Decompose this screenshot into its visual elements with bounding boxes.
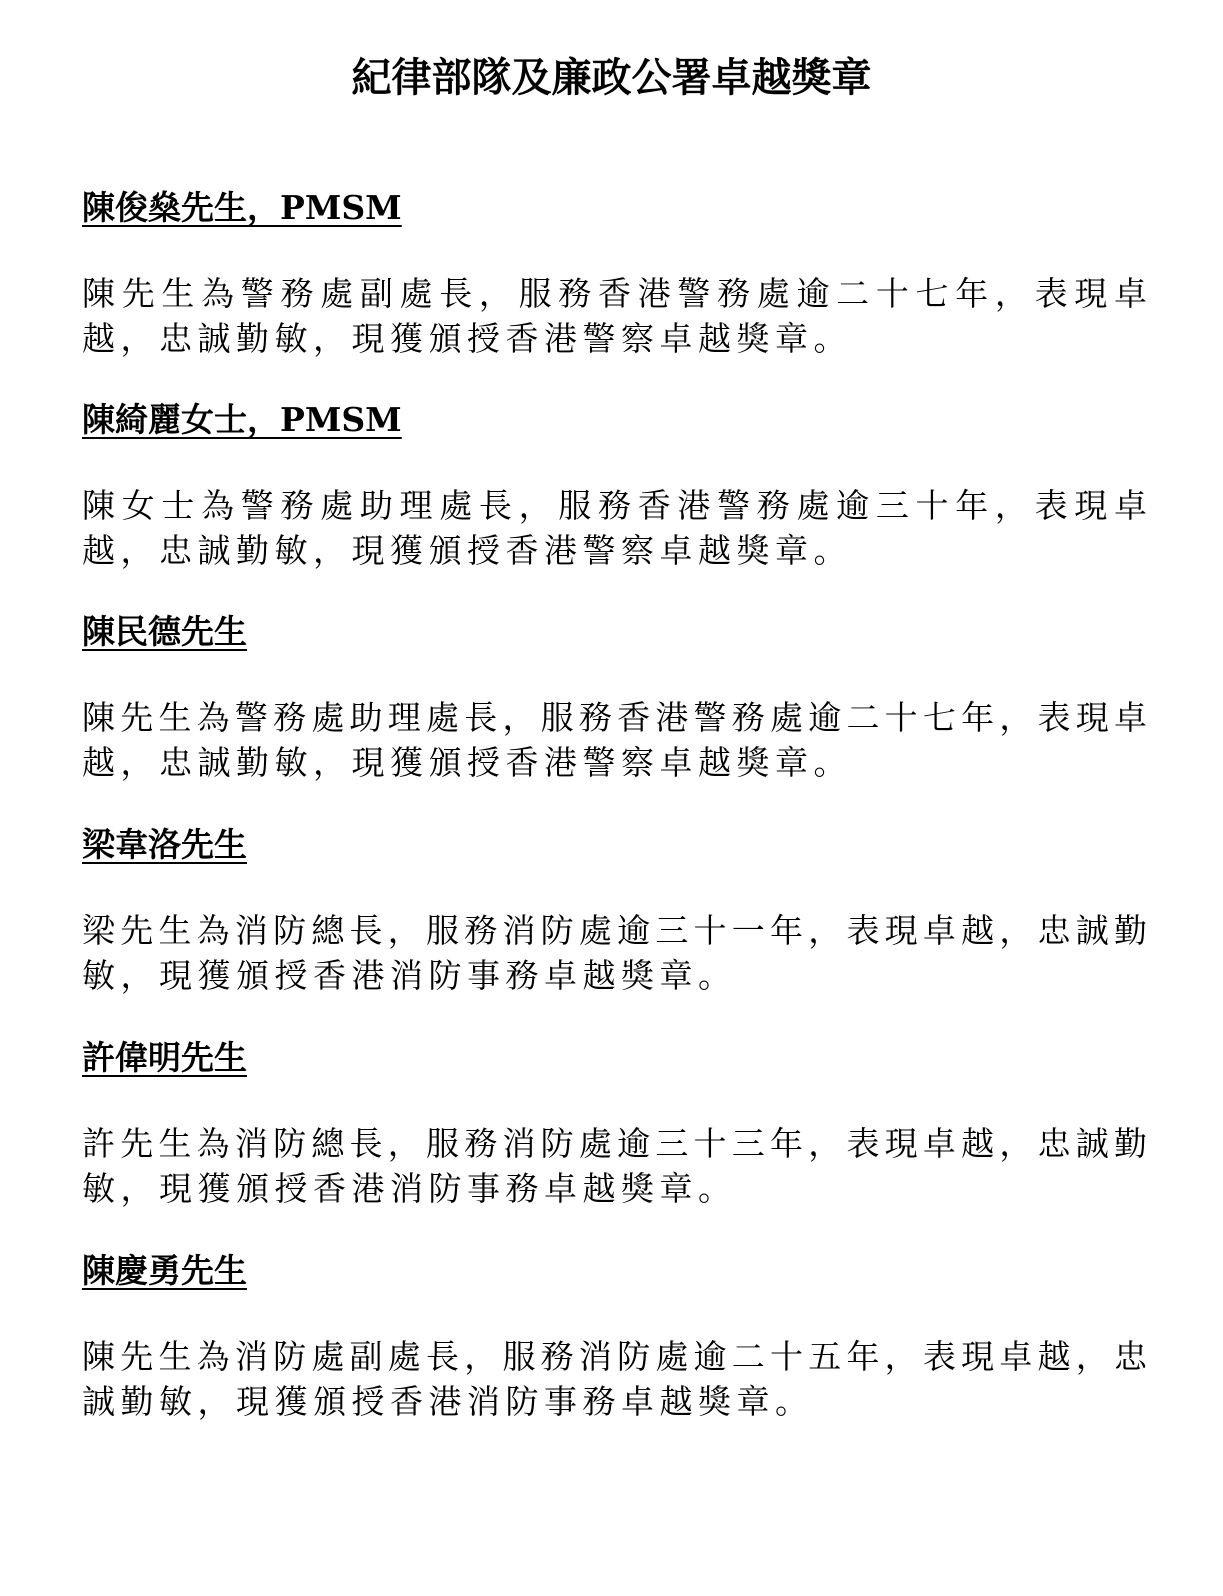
recipient-name: 許偉明先生 [82, 1038, 247, 1078]
citation-line: 越，忠誠勤敏，現獲頒授香港警察卓越獎章。 [82, 528, 1147, 573]
award-entry: 陳綺麗女士，PMSM 陳女士為警務處助理處長，服務香港警務處逾三十年，表現卓 越… [82, 400, 1147, 573]
citation-line: 陳女士為警務處助理處長，服務香港警務處逾三十年，表現卓 [82, 483, 1147, 528]
citation-line: 許先生為消防總長，服務消防處逾三十三年，表現卓越，忠誠勤 [82, 1121, 1147, 1166]
citation-line: 越，忠誠勤敏，現獲頒授香港警察卓越獎章。 [82, 316, 1147, 361]
document-page: 紀律部隊及廉政公署卓越獎章 陳俊燊先生，PMSM 陳先生為警務處副處長，服務香港… [0, 0, 1223, 1596]
citation-line: 敏，現獲頒授香港消防事務卓越獎章。 [82, 953, 1147, 998]
citation-paragraph: 許先生為消防總長，服務消防處逾三十三年，表現卓越，忠誠勤 敏，現獲頒授香港消防事… [82, 1121, 1147, 1211]
citation-line: 越，忠誠勤敏，現獲頒授香港警察卓越獎章。 [82, 740, 1147, 785]
citation-line: 誠勤敏，現獲頒授香港消防事務卓越獎章。 [82, 1379, 1147, 1424]
award-entry: 許偉明先生 許先生為消防總長，服務消防處逾三十三年，表現卓越，忠誠勤 敏，現獲頒… [82, 1038, 1147, 1211]
recipient-name: 陳慶勇先生 [82, 1251, 247, 1291]
recipient-name: 陳綺麗女士，PMSM [82, 400, 402, 440]
recipient-name: 陳俊燊先生，PMSM [82, 188, 402, 228]
citation-line: 陳先生為消防處副處長，服務消防處逾二十五年，表現卓越，忠 [82, 1334, 1147, 1379]
citation-line: 陳先生為警務處助理處長，服務香港警務處逾二十七年，表現卓 [82, 695, 1147, 740]
citation-line: 梁先生為消防總長，服務消防處逾三十一年，表現卓越，忠誠勤 [82, 908, 1147, 953]
citation-paragraph: 陳先生為警務處副處長，服務香港警務處逾二十七年，表現卓 越，忠誠勤敏，現獲頒授香… [82, 271, 1147, 361]
award-entry: 陳俊燊先生，PMSM 陳先生為警務處副處長，服務香港警務處逾二十七年，表現卓 越… [82, 188, 1147, 361]
citation-paragraph: 梁先生為消防總長，服務消防處逾三十一年，表現卓越，忠誠勤 敏，現獲頒授香港消防事… [82, 908, 1147, 998]
award-entry: 陳民德先生 陳先生為警務處助理處長，服務香港警務處逾二十七年，表現卓 越，忠誠勤… [82, 612, 1147, 785]
citation-paragraph: 陳先生為消防處副處長，服務消防處逾二十五年，表現卓越，忠 誠勤敏，現獲頒授香港消… [82, 1334, 1147, 1424]
award-entry: 陳慶勇先生 陳先生為消防處副處長，服務消防處逾二十五年，表現卓越，忠 誠勤敏，現… [82, 1251, 1147, 1424]
award-entry: 梁韋洛先生 梁先生為消防總長，服務消防處逾三十一年，表現卓越，忠誠勤 敏，現獲頒… [82, 825, 1147, 998]
recipient-name: 梁韋洛先生 [82, 825, 247, 865]
citation-paragraph: 陳先生為警務處助理處長，服務香港警務處逾二十七年，表現卓 越，忠誠勤敏，現獲頒授… [82, 695, 1147, 785]
recipient-name: 陳民德先生 [82, 612, 247, 652]
document-title: 紀律部隊及廉政公署卓越獎章 [0, 52, 1223, 104]
citation-line: 陳先生為警務處副處長，服務香港警務處逾二十七年，表現卓 [82, 271, 1147, 316]
citation-line: 敏，現獲頒授香港消防事務卓越獎章。 [82, 1166, 1147, 1211]
citation-paragraph: 陳女士為警務處助理處長，服務香港警務處逾三十年，表現卓 越，忠誠勤敏，現獲頒授香… [82, 483, 1147, 573]
